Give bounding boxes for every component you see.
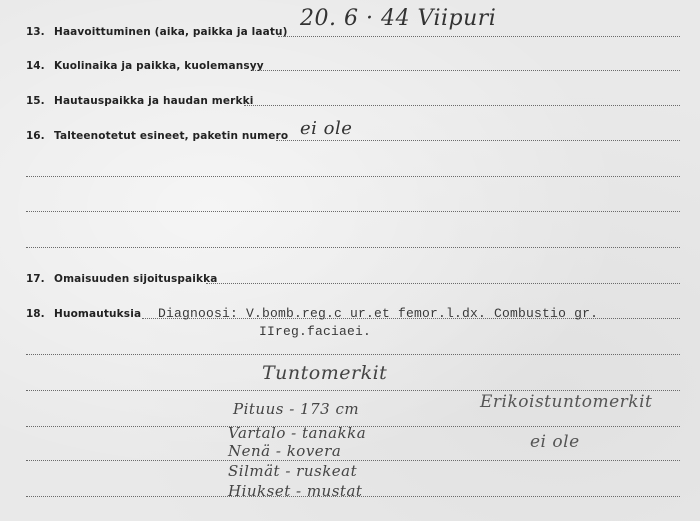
blank-line-row bbox=[0, 195, 700, 215]
fill-line bbox=[26, 390, 680, 391]
field-label-death: Kuolinaika ja paikka, kuolemansyy bbox=[54, 60, 264, 72]
field-number: 14. bbox=[26, 60, 45, 72]
fill-line bbox=[252, 70, 680, 71]
field-number: 17. bbox=[26, 273, 45, 285]
fill-line bbox=[26, 176, 680, 177]
field-number: 18. bbox=[26, 308, 45, 320]
field-number: 13. bbox=[26, 26, 45, 38]
typed-diagnosis-line-2: IIreg.faciaei. bbox=[259, 324, 371, 339]
handwritten-note-build: Vartalo - tanakka bbox=[228, 424, 366, 442]
handwritten-notes-heading: Tuntomerkit bbox=[262, 362, 387, 384]
blank-line-row bbox=[0, 160, 700, 180]
handwritten-note-hair: Hiukset - mustat bbox=[228, 482, 362, 500]
fill-line bbox=[26, 354, 680, 355]
field-15-row: 15. Hautauspaikka ja haudan merkki bbox=[0, 89, 700, 109]
fill-line bbox=[206, 283, 680, 284]
field-label-items: Talteenotetut esineet, paketin numero bbox=[54, 130, 288, 142]
field-label-burial: Hautauspaikka ja haudan merkki bbox=[54, 95, 254, 107]
fill-line bbox=[26, 247, 680, 248]
field-label-injury: Haavoittuminen (aika, paikka ja laatu) bbox=[54, 26, 288, 38]
field-14-row: 14. Kuolinaika ja paikka, kuolemansyy bbox=[0, 54, 700, 74]
field-label-property: Omaisuuden sijoituspaikka bbox=[54, 273, 218, 285]
fill-line bbox=[26, 460, 680, 461]
fill-line bbox=[244, 105, 680, 106]
fill-line bbox=[26, 211, 680, 212]
blank-line-row bbox=[0, 338, 700, 358]
handwritten-special-marks-heading: Erikoistuntomerkit bbox=[480, 392, 652, 412]
handwritten-note-height: Pituus - 173 cm bbox=[233, 400, 359, 418]
handwritten-injury-date-place: 20. 6 · 44 Viipuri bbox=[300, 6, 496, 31]
handwritten-special-marks-value: ei ole bbox=[530, 432, 580, 452]
scanned-form-page: 13. Haavoittuminen (aika, paikka ja laat… bbox=[0, 0, 700, 521]
fill-line bbox=[278, 36, 680, 37]
blank-line-row bbox=[0, 231, 700, 251]
fill-line bbox=[276, 140, 680, 141]
handwritten-items: ei ole bbox=[300, 118, 352, 139]
field-number: 16. bbox=[26, 130, 45, 142]
field-label-remarks: Huomautuksia bbox=[54, 308, 141, 320]
handwritten-note-nose: Nenä - kovera bbox=[228, 442, 341, 460]
field-number: 15. bbox=[26, 95, 45, 107]
handwritten-note-eyes: Silmät - ruskeat bbox=[228, 462, 357, 480]
field-17-row: 17. Omaisuuden sijoituspaikka bbox=[0, 267, 700, 287]
typed-diagnosis-line-1: Diagnoosi: V.bomb.reg.c ur.et femor.l.dx… bbox=[158, 306, 598, 321]
blank-line-row bbox=[0, 444, 700, 464]
